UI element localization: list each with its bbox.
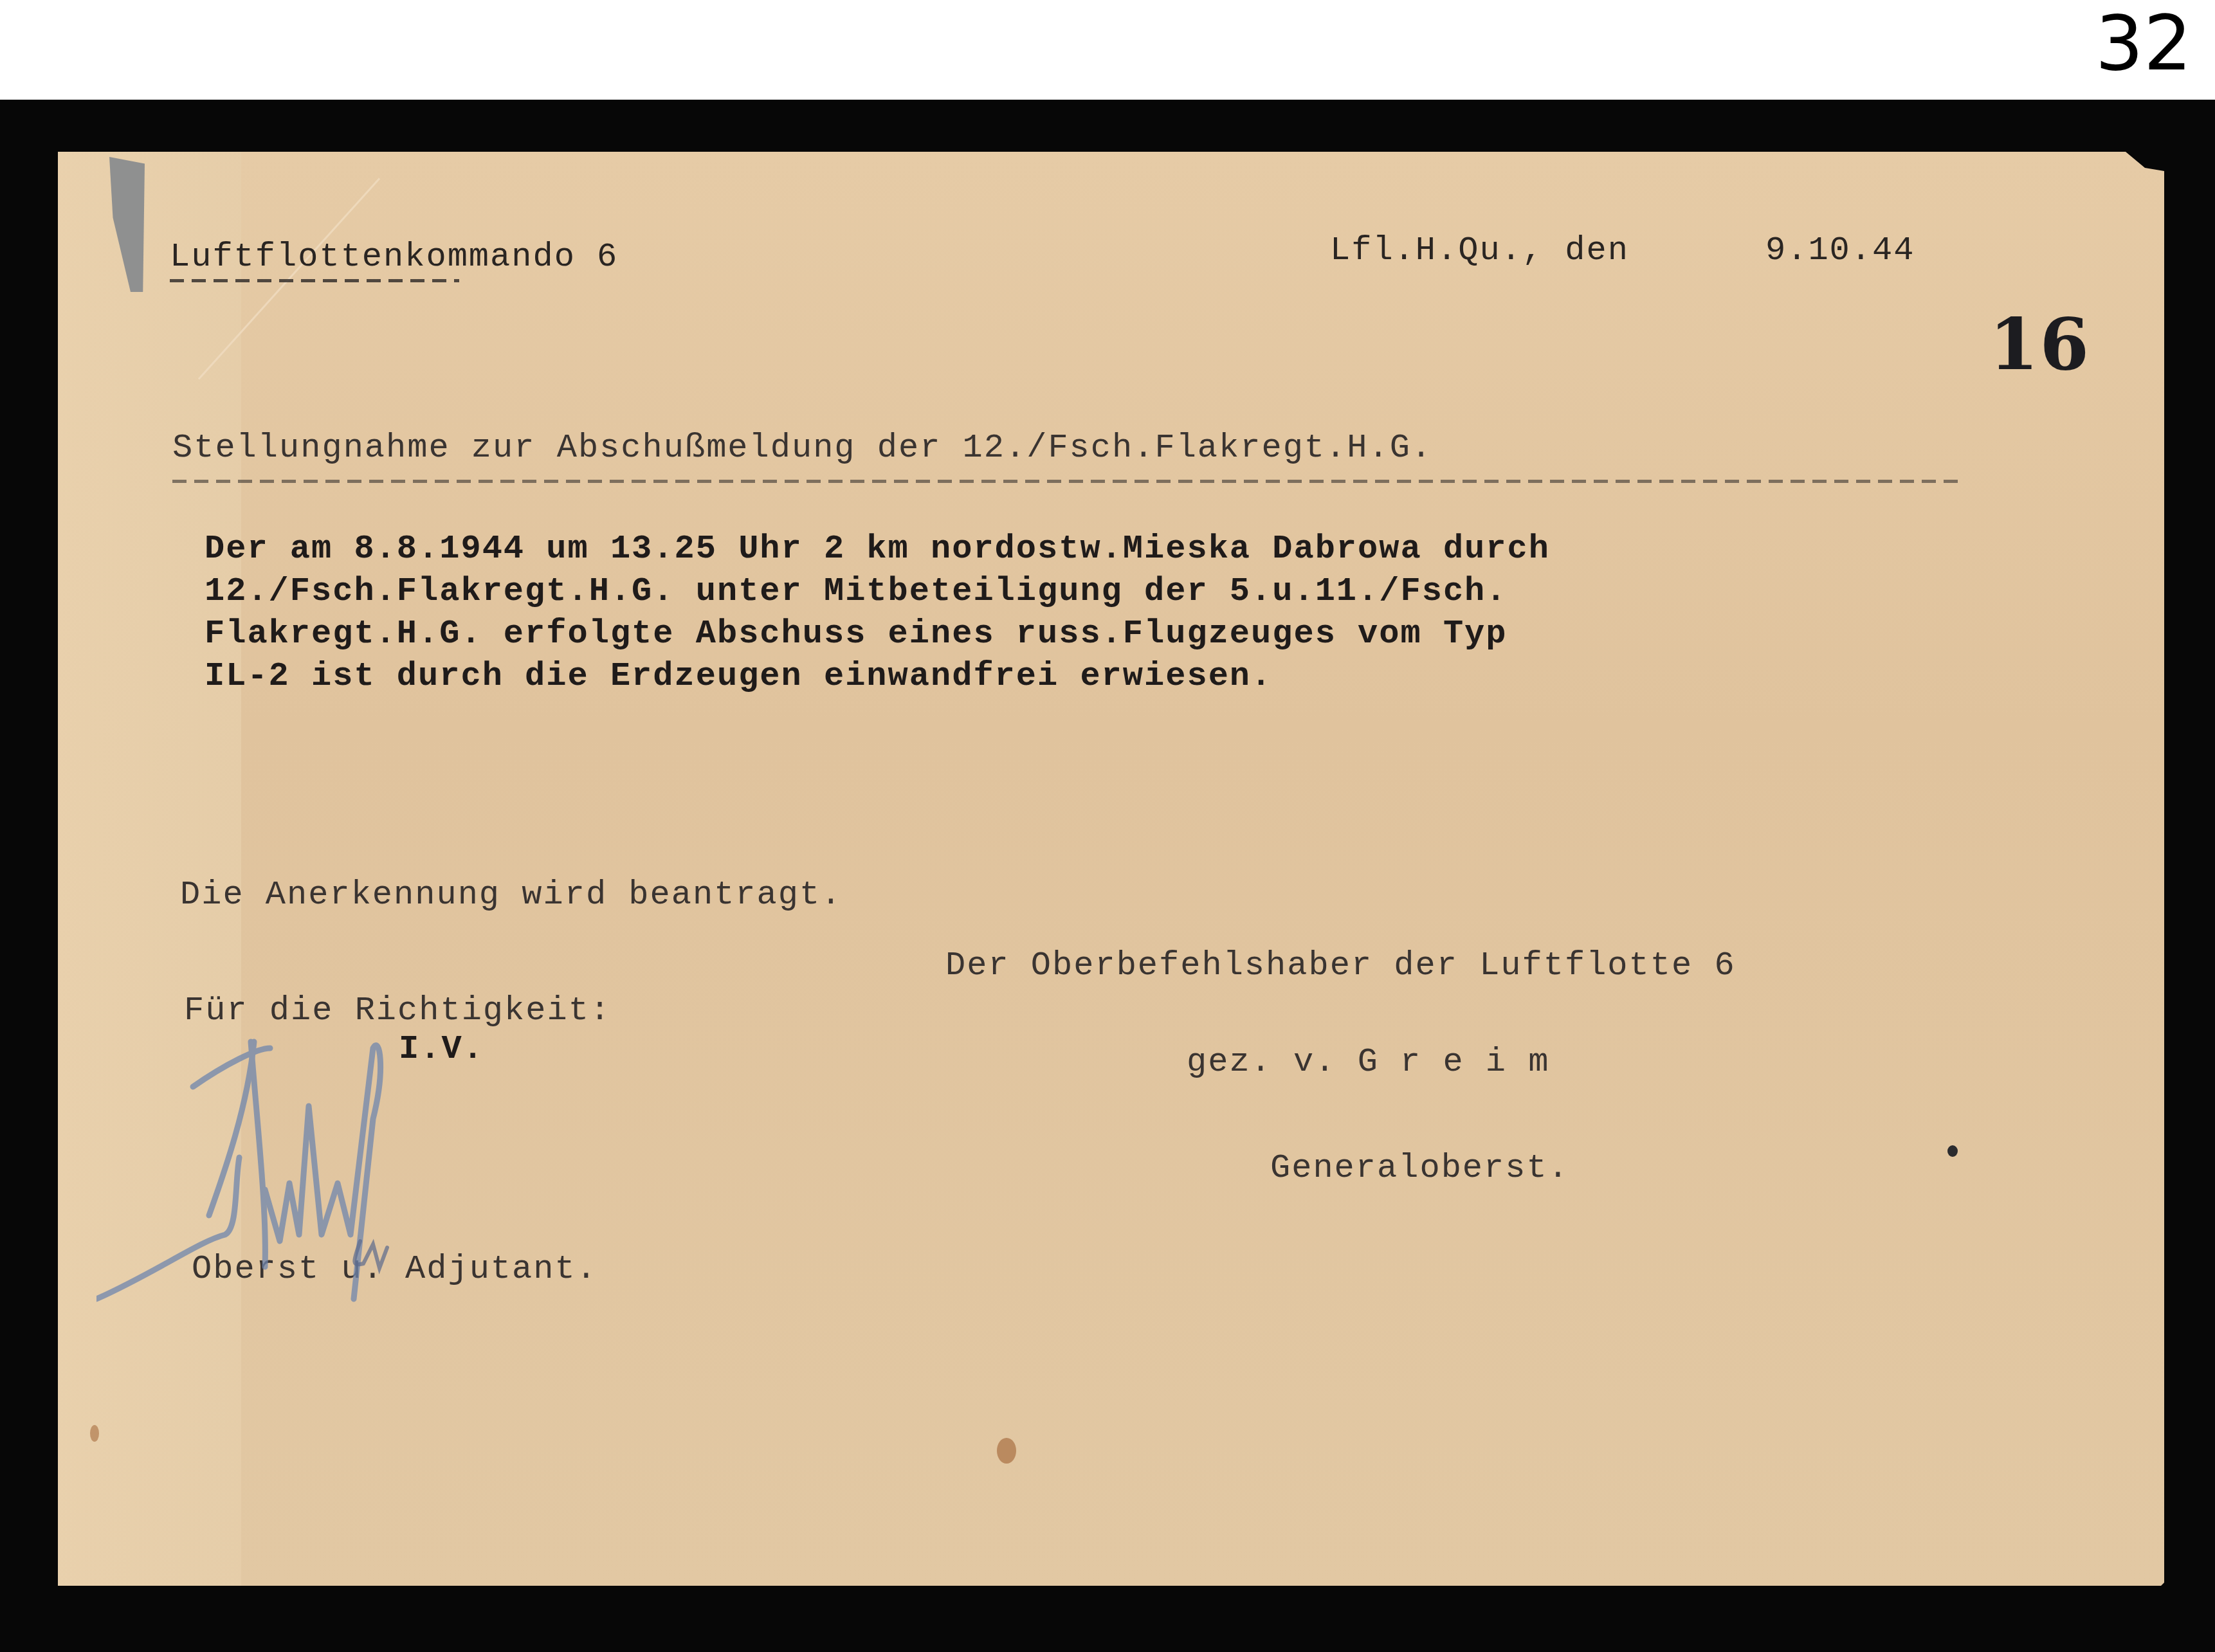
body-line-4: IL-2 ist durch die Erdzeugen einwandfrei… [205,660,1272,693]
body-line-1: Der am 8.8.1944 um 13.25 Uhr 2 km nordos… [205,532,1550,566]
subject-underline [172,480,1960,483]
commander-rank: Generaloberst. [1270,1152,1569,1185]
folio-stamp: 16 [1989,303,2090,386]
page-number: 32 [2095,5,2192,81]
body-line-2: 12./Fsch.Flakregt.H.G. unter Mitbeteilig… [205,575,1508,608]
request-line: Die Anerkennung wird beantragt. [180,878,842,912]
stain-spot [997,1438,1016,1464]
stain-spot [90,1425,99,1442]
document-date: 9.10.44 [1765,234,1915,268]
commander-title: Der Oberbefehlshaber der Luftflotte 6 [945,949,1736,983]
subject-line: Stellungnahme zur Abschußmeldung der 12.… [172,431,1432,465]
certification-label: Für die Richtigkeit: [184,994,611,1028]
place-label: Lfl.H.Qu., den [1330,234,1629,268]
letterhead: Luftflottenkommando 6 [170,241,618,274]
paper-fold-strip [58,152,241,1586]
letterhead-underline [170,279,459,282]
ink-dot [1947,1145,1958,1157]
body-line-3: Flakregt.H.G. erfolgte Abschuss eines ru… [205,617,1508,651]
commander-signed: gez. v. G r e i m [1187,1046,1550,1079]
handwritten-signature [96,1029,804,1318]
document-sheet: Luftflottenkommando 6 Lfl.H.Qu., den 9.1… [58,152,2164,1586]
